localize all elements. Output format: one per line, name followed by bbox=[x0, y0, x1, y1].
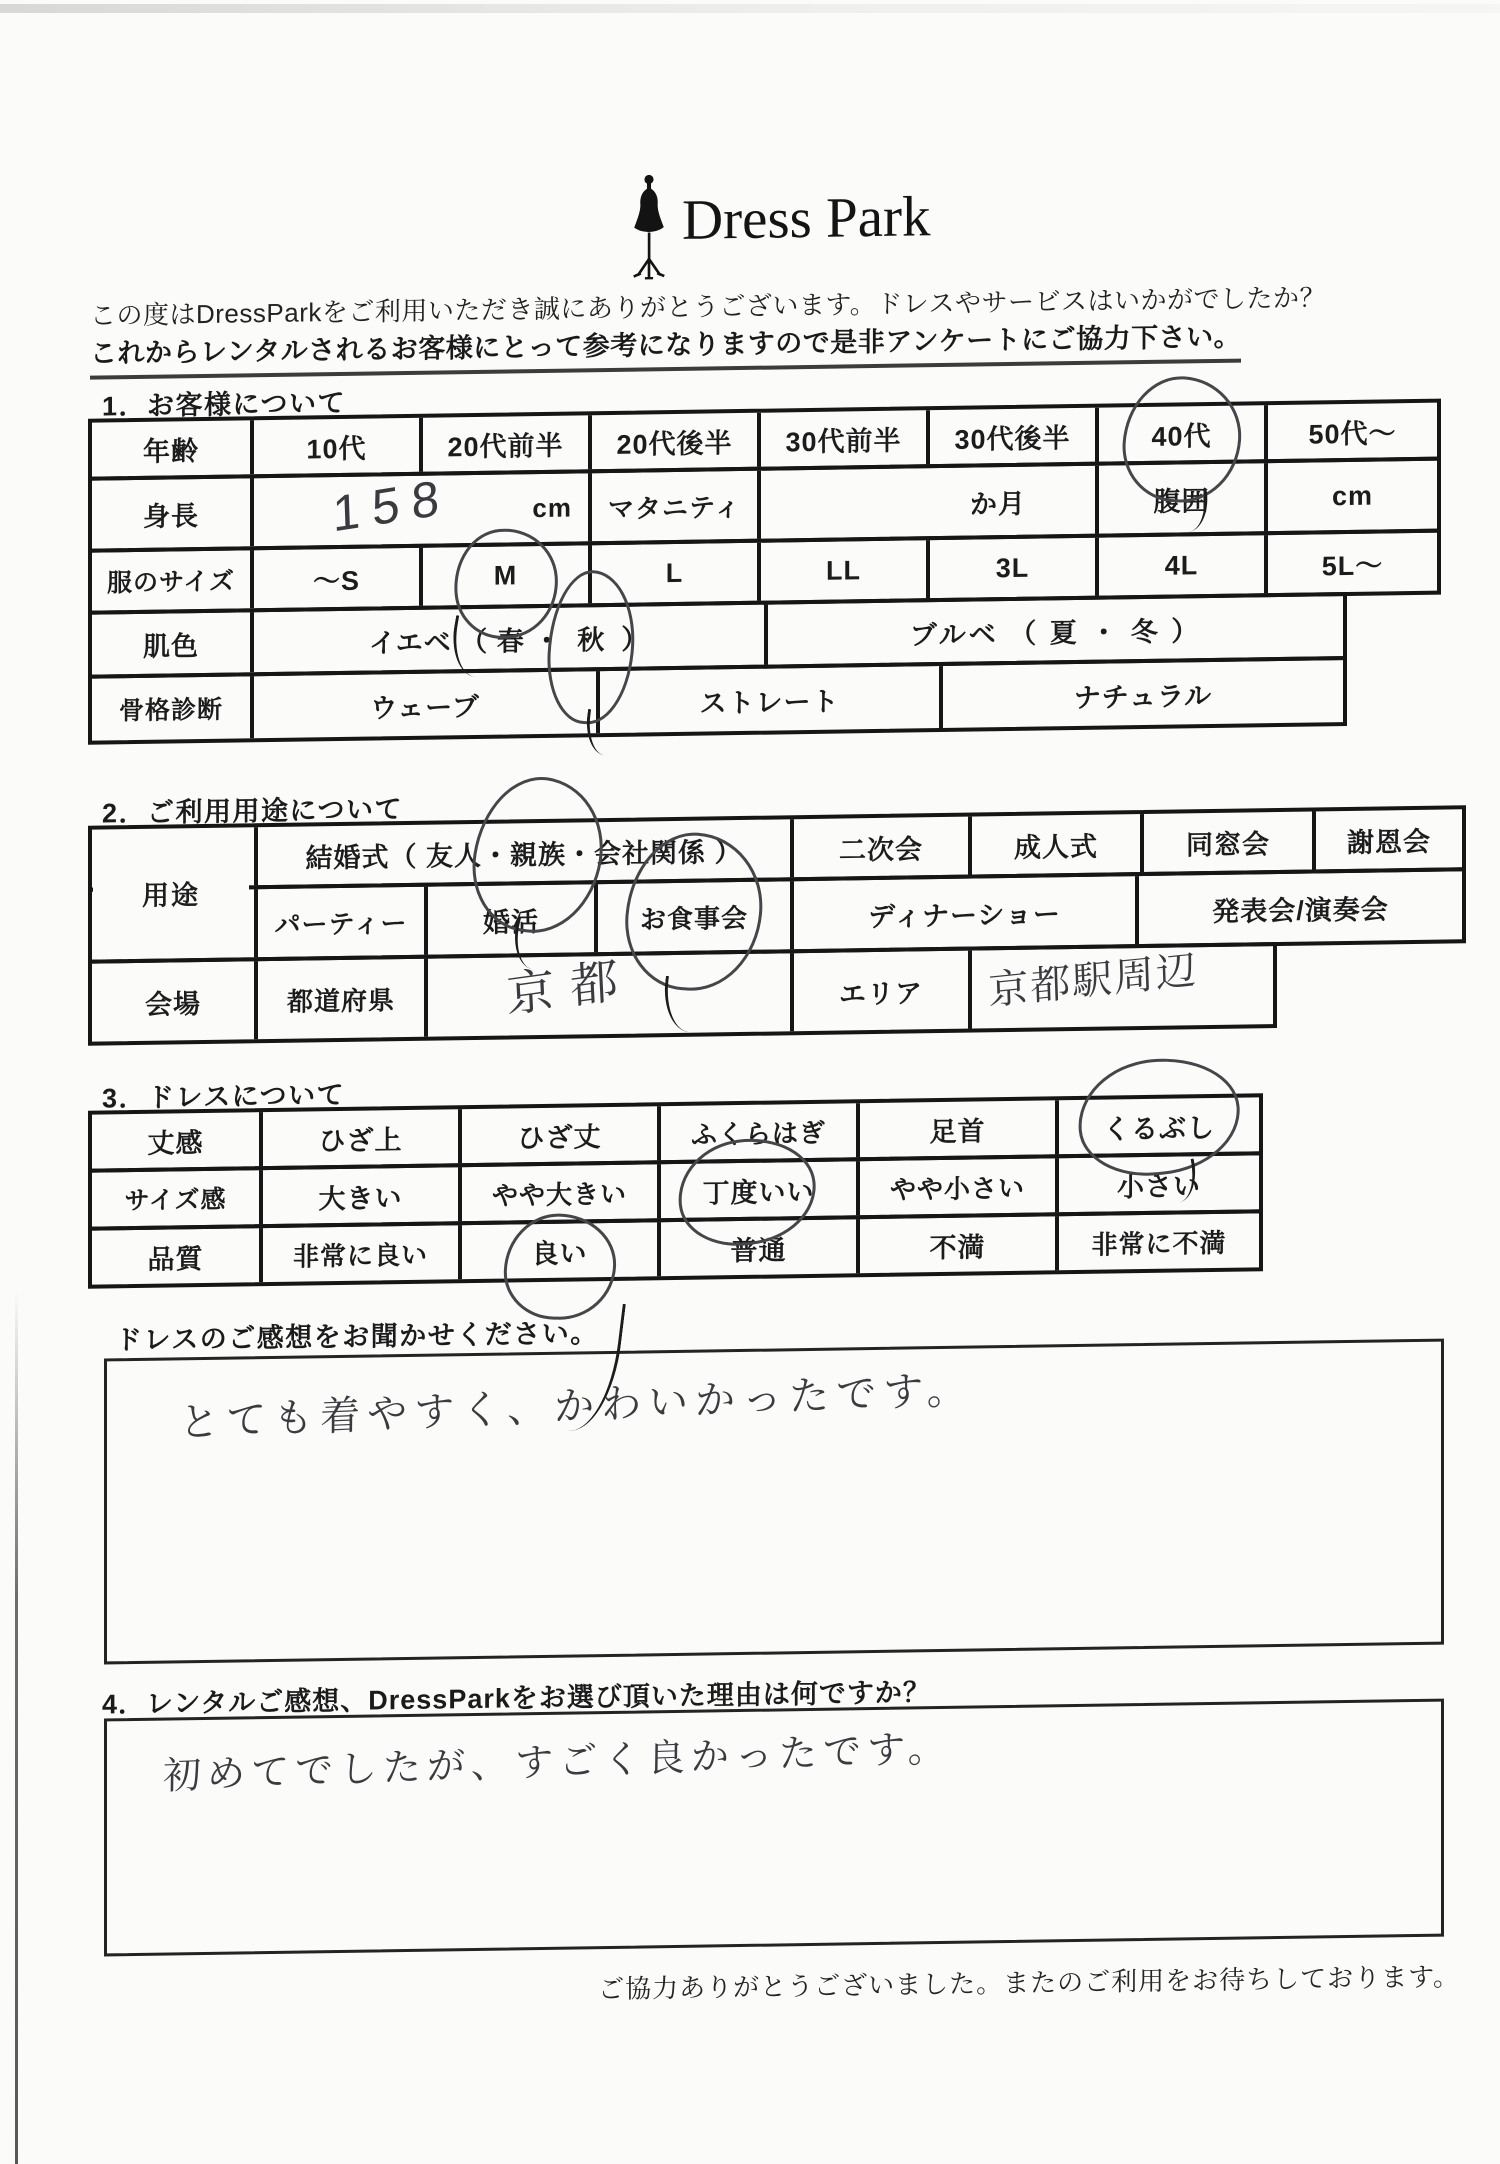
fit-option-just-right: 丁度いい bbox=[661, 1161, 860, 1218]
frame-option-wave: ウェーブ bbox=[254, 671, 600, 738]
skin-autumn-label: 秋 bbox=[577, 618, 605, 657]
girth-cell: 腹囲 bbox=[1099, 463, 1268, 534]
skin-yellow-prefix: イエベ （ 春 ・ bbox=[369, 618, 561, 660]
brand-logo: Dress Park bbox=[628, 169, 931, 279]
venue-area-value-cell: 京都駅周辺 bbox=[972, 946, 1273, 1028]
form-sheet: Dress Park この度はDressParkをご利用いただき誠にありがとうご… bbox=[0, 0, 1500, 2164]
purpose-option-recital: 発表会/演奏会 bbox=[1139, 871, 1462, 944]
quality-option-normal: 普通 bbox=[661, 1219, 860, 1276]
fit-option-large: 大きい bbox=[263, 1167, 462, 1224]
quality-option-dissatisfied: 不満 bbox=[860, 1216, 1059, 1273]
age-option-30s-late: 30代後半 bbox=[930, 408, 1099, 465]
dress-table: 丈感 ひざ上 ひざ丈 ふくらはぎ 足首 くるぶし サイズ感 大きい やや大きい … bbox=[88, 1093, 1263, 1288]
size-option-ll: LL bbox=[761, 540, 930, 601]
maternity-cell: マタニティ bbox=[592, 471, 761, 542]
usage-table: 結婚式（ 友人・ 親族 ・会社関係 ） 二次会 成人式 同窓会 謝恩会 パーティ… bbox=[88, 805, 1466, 1045]
dress-comment-prompt: ドレスのご感想をお聞かせください。 bbox=[115, 1311, 599, 1357]
quality-option-good-label: 良い bbox=[532, 1231, 588, 1271]
purpose-wedding-cell: 結婚式（ 友人・ 親族 ・会社関係 ） bbox=[258, 819, 794, 885]
size-label: 服のサイズ bbox=[92, 550, 254, 610]
size-option-5l: 5L～ bbox=[1268, 533, 1437, 594]
purpose-option-reunion: 同窓会 bbox=[1144, 811, 1316, 872]
purpose-option-thanks-party: 謝恩会 bbox=[1316, 809, 1462, 869]
venue-area-handwritten-value: 京都駅周辺 bbox=[987, 938, 1198, 1016]
length-option-knee: ひざ丈 bbox=[462, 1106, 661, 1163]
purpose-option-afterparty: 二次会 bbox=[794, 817, 972, 878]
rental-comment-box: 初めてでしたが、すごく良かったです。 bbox=[104, 1699, 1444, 1957]
fit-option-slightly-large: やや大きい bbox=[462, 1164, 661, 1221]
age-option-10s: 10代 bbox=[254, 418, 423, 475]
age-option-40s: 40代 bbox=[1099, 405, 1268, 462]
venue-pref-value-cell: 京都 bbox=[428, 953, 794, 1036]
size-option-m-label: M bbox=[494, 560, 518, 591]
size-option-l: L bbox=[592, 543, 761, 604]
skin-yellow-suffix: ） bbox=[621, 617, 649, 656]
skin-autumn-anchor: 秋 bbox=[577, 618, 605, 657]
venue-area-label: エリア bbox=[794, 951, 972, 1032]
quality-option-very-dissatisfied: 非常に不満 bbox=[1059, 1213, 1259, 1270]
purpose-option-coming-of-age: 成人式 bbox=[972, 814, 1144, 875]
age-option-30s-early: 30代前半 bbox=[761, 410, 930, 467]
size-option-3l: 3L bbox=[930, 538, 1099, 599]
quality-label: 品質 bbox=[92, 1228, 263, 1285]
frame-option-natural: ナチュラル bbox=[943, 660, 1343, 728]
purpose-option-konkatsu: 婚活 bbox=[428, 884, 598, 955]
venue-label: 会場 bbox=[92, 961, 258, 1041]
fit-label: サイズ感 bbox=[92, 1170, 263, 1227]
dress-comment-box: とても着やすく、かわいかったです。 bbox=[104, 1339, 1444, 1665]
height-value-cell: 158 cm bbox=[254, 473, 592, 546]
purpose-option-dinner-meeting-label: お食事会 bbox=[640, 897, 748, 936]
skin-blue-cell: ブルベ （ 夏 ・ 冬 ） bbox=[768, 596, 1343, 665]
venue-row: 会場 都道府県 京都 エリア 京都駅周辺 bbox=[88, 942, 1277, 1046]
wedding-suffix: ・会社関係 ） bbox=[566, 829, 743, 871]
age-option-50s: 50代～ bbox=[1268, 403, 1437, 460]
brand-logo-text: Dress Park bbox=[682, 188, 931, 249]
girth-unit-cell: cm bbox=[1268, 461, 1437, 532]
quality-option-very-good: 非常に良い bbox=[263, 1225, 462, 1282]
fit-option-small: 小さい bbox=[1059, 1155, 1259, 1212]
skin-label: 肌色 bbox=[92, 612, 254, 674]
rental-comment-handwriting: 初めてでしたが、すごく良かったです。 bbox=[163, 1717, 953, 1800]
size-option-m: M bbox=[423, 545, 592, 606]
wedding-prefix: 結婚式（ 友人・ bbox=[305, 833, 510, 875]
size-option-s: ～S bbox=[254, 548, 423, 609]
purpose-label: 用途 bbox=[93, 829, 249, 955]
age-label: 年齢 bbox=[92, 420, 254, 476]
length-option-above-knee: ひざ上 bbox=[263, 1109, 462, 1166]
skin-yellow-cell: イエベ （ 春 ・ 秋 ） bbox=[254, 605, 768, 673]
maternity-months-cell: か月 bbox=[761, 466, 1099, 539]
customer-table: 年齢 10代 20代前半 20代後半 30代前半 30代後半 40代 50代～ … bbox=[88, 399, 1441, 745]
venue-pref-label: 都道府県 bbox=[258, 959, 428, 1040]
quality-option-good: 良い bbox=[462, 1222, 661, 1279]
age-option-20s-early: 20代前半 bbox=[423, 415, 592, 472]
size-option-4l: 4L bbox=[1099, 535, 1268, 596]
length-label: 丈感 bbox=[92, 1112, 263, 1169]
frame-option-straight: ストレート bbox=[600, 666, 943, 733]
scanned-survey-page: Dress Park この度はDressParkをご利用いただき誠にありがとうご… bbox=[0, 0, 1500, 2164]
height-handwritten-value: 158 bbox=[332, 467, 452, 544]
frame-label: 骨格診断 bbox=[92, 676, 254, 740]
fit-option-just-right-label: 丁度いい bbox=[703, 1169, 815, 1210]
length-option-anklebone-label: くるぶし bbox=[1103, 1105, 1215, 1146]
footer-thanks-text: ご協力ありがとうございました。またのご利用をお待ちしております。 bbox=[88, 1956, 1460, 2013]
wedding-relatives-anchor: 親族 bbox=[510, 832, 566, 872]
length-option-calf: ふくらはぎ bbox=[661, 1103, 860, 1160]
age-option-40s-label: 40代 bbox=[1151, 414, 1211, 454]
fit-option-slightly-small: やや小さい bbox=[860, 1158, 1059, 1215]
dress-comment-handwriting: とても着やすく、かわいかったです。 bbox=[179, 1357, 974, 1448]
purpose-option-party: パーティー bbox=[258, 887, 428, 958]
height-unit: cm bbox=[532, 492, 572, 524]
length-option-anklebone: くるぶし bbox=[1059, 1097, 1259, 1154]
length-option-ankle: 足首 bbox=[860, 1100, 1059, 1157]
age-option-20s-late: 20代後半 bbox=[592, 413, 761, 470]
dressform-mannequin-icon bbox=[628, 173, 670, 280]
wedding-relatives-label: 親族 bbox=[510, 832, 566, 872]
purpose-option-dinner-show: ディナーショー bbox=[794, 876, 1139, 949]
height-label: 身長 bbox=[92, 478, 254, 548]
